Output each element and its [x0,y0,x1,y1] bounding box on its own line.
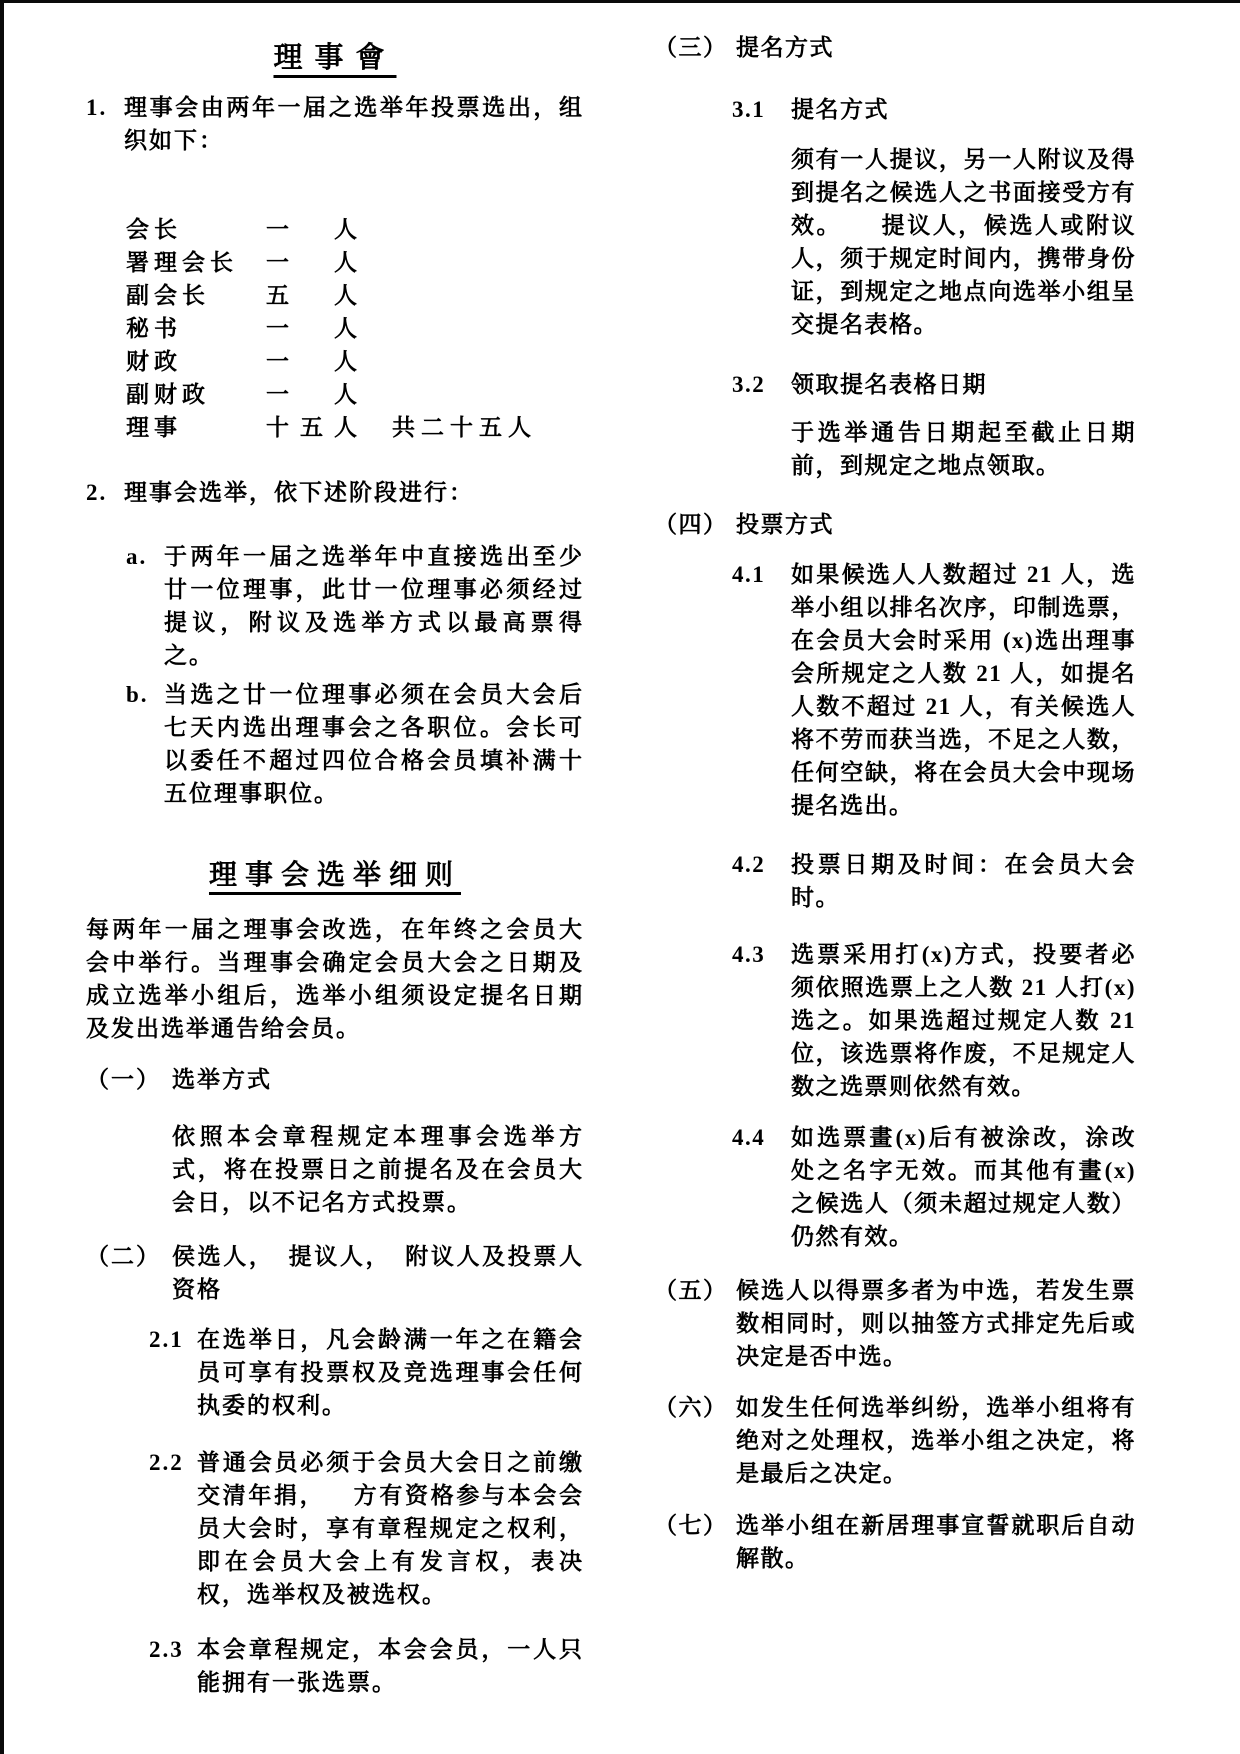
section-6-text: 如发生任何选举纠纷，选举小组将有绝对之处理权，选举小组之决定，将是最后之决定。 [736,1391,1136,1490]
section-4-title: 投票方式 [736,508,1136,541]
clause-2-2-number: 2.2 [149,1446,197,1479]
clause-4-1: 4.1 如果候选人人数超过 21 人，选举小组以排名次序，印制选票，在会员大会时… [732,558,1136,822]
officer-count: 一人 [266,213,359,246]
section-3-title: 提名方式 [736,31,1136,64]
clause-4-3-number: 4.3 [732,938,791,971]
clause-4-2: 4.2 投票日期及时间：在会员大会时。 [732,848,1136,914]
officer-count: 十五人 [266,411,359,444]
numbered-item-1: 1. 理事会由两年一届之选举年投票选出，组织如下： [86,91,584,157]
section-1-marker: （一） [86,1063,172,1096]
officer-row: 署理会长 一人 [126,246,584,279]
stage-b: b. 当选之廿一位理事必须在会员大会后七天内选出理事会之各职位。会长可以委任不超… [126,678,584,810]
section-2-header: （二） 侯选人， 提议人， 附议人及投票人资格 [86,1240,584,1306]
section-3-header: （三） 提名方式 [654,31,1136,64]
officer-count: 五人 [266,279,359,312]
section-1-body: 依照本会章程规定本理事会选举方式，将在投票日之前提名及在会员大会日，以不记名方式… [172,1120,584,1219]
officer-row: 会长 一人 [126,213,584,246]
item-2-text: 理事会选举，依下述阶段进行： [124,476,584,509]
section-2-marker: （二） [86,1240,172,1273]
left-column: 理事會 1. 理事会由两年一届之选举年投票选出，组织如下： 会长 一人 署理会长… [86,33,584,1699]
clause-2-1: 2.1 在选举日，凡会龄满一年之在籍会员可享有投票权及竞选理事会任何执委的权利。 [149,1323,584,1422]
clause-4-3: 4.3 选票采用打(x)方式，投要者必须依照选票上之人数 21 人打(x)选之。… [732,938,1136,1103]
section-6: （六） 如发生任何选举纠纷，选举小组将有绝对之处理权，选举小组之决定，将是最后之… [654,1391,1136,1490]
clause-4-1-text: 如果候选人人数超过 21 人，选举小组以排名次序，印制选票，在会员大会时采用 (… [791,558,1136,822]
clause-2-3: 2.3 本会章程规定，本会会员，一人只能拥有一张选票。 [149,1633,584,1699]
clause-2-1-text: 在选举日，凡会龄满一年之在籍会员可享有投票权及竞选理事会任何执委的权利。 [197,1323,584,1422]
clause-2-2: 2.2 普通会员必须于会员大会日之前缴交清年捐， 方有资格参与本会会员大会时，享… [149,1446,584,1611]
section-7: （七） 选举小组在新居理事宣誓就职后自动解散。 [654,1509,1136,1575]
officer-count: 一人 [266,345,359,378]
election-rules-title: 理事会选举细则 [86,853,584,898]
officer-position: 副会长 [126,279,266,312]
officer-row: 财政 一人 [126,345,584,378]
officer-count: 一人 [266,312,359,345]
section-1-title: 选举方式 [172,1063,584,1096]
stage-b-marker: b. [126,678,164,711]
item-2-marker: 2. [86,476,124,509]
section-5-text: 候选人以得票多者为中选，若发生票数相同时，则以抽签方式排定先后或决定是否中选。 [736,1274,1136,1373]
item-1-marker: 1. [86,91,124,124]
officer-row: 秘书 一人 [126,312,584,345]
clause-3-1-body: 须有一人提议，另一人附议及得到提名之候选人之书面接受方有效。 提议人，候选人或附… [791,143,1136,341]
officer-count: 一人 [266,246,359,279]
clause-3-1-number: 3.1 [732,93,791,126]
clause-3-2-header: 3.2 领取提名表格日期 [732,368,1136,401]
section-4-marker: （四） [654,508,736,541]
officer-row: 副会长 五人 [126,279,584,312]
stage-b-text: 当选之廿一位理事必须在会员大会后七天内选出理事会之各职位。会长可以委任不超过四位… [164,678,584,810]
officer-row: 理事 十五人 共二十五人 [126,411,584,444]
document-page: 理事會 1. 理事会由两年一届之选举年投票选出，组织如下： 会长 一人 署理会长… [0,0,1240,1754]
section-1-header: （一） 选举方式 [86,1063,584,1096]
section-3-marker: （三） [654,31,736,64]
section-6-marker: （六） [654,1391,736,1424]
officer-position: 秘书 [126,312,266,345]
officer-table: 会长 一人 署理会长 一人 副会长 五人 秘书 一人 财政 一人 [126,213,584,444]
numbered-item-2: 2. 理事会选举，依下述阶段进行： [86,476,584,509]
election-rules-intro: 每两年一届之理事会改选，在年终之会员大会中举行。当理事会确定会员大会之日期及成立… [86,913,584,1045]
clause-4-1-number: 4.1 [732,558,791,591]
clause-4-4-number: 4.4 [732,1121,791,1154]
clause-3-2-body: 于选举通告日期起至截止日期前，到规定之地点领取。 [791,416,1136,482]
board-title: 理事會 [86,33,584,83]
stage-a-text: 于两年一届之选举年中直接选出至少廿一位理事，此廿一位理事必须经过提议，附议及选举… [164,540,584,672]
section-7-marker: （七） [654,1509,736,1542]
clause-2-1-number: 2.1 [149,1323,197,1356]
officer-position: 会长 [126,213,266,246]
officer-position: 副财政 [126,378,266,411]
clause-4-4-text: 如选票畫(x)后有被涂改，涂改处之名字无效。而其他有畫(x)之候选人（须未超过规… [791,1121,1136,1253]
item-1-text: 理事会由两年一届之选举年投票选出，组织如下： [124,91,584,157]
section-2-title: 侯选人， 提议人， 附议人及投票人资格 [172,1240,584,1306]
section-7-text: 选举小组在新居理事宣誓就职后自动解散。 [736,1509,1136,1575]
clause-4-2-text: 投票日期及时间：在会员大会时。 [791,848,1136,914]
officer-position: 署理会长 [126,246,266,279]
officer-position: 财政 [126,345,266,378]
clause-3-1-title: 提名方式 [791,93,1136,126]
clause-4-3-text: 选票采用打(x)方式，投要者必须依照选票上之人数 21 人打(x)选之。如果选超… [791,938,1136,1103]
section-5: （五） 候选人以得票多者为中选，若发生票数相同时，则以抽签方式排定先后或决定是否… [654,1274,1136,1373]
officer-position: 理事 [126,411,266,444]
officer-count: 一人 [266,378,359,411]
section-4-header: （四） 投票方式 [654,508,1136,541]
clause-2-3-number: 2.3 [149,1633,197,1666]
section-5-marker: （五） [654,1274,736,1307]
right-column: （三） 提名方式 3.1 提名方式 须有一人提议，另一人附议及得到提名之候选人之… [654,31,1136,1575]
clause-2-3-text: 本会章程规定，本会会员，一人只能拥有一张选票。 [197,1633,584,1699]
clause-2-2-text: 普通会员必须于会员大会日之前缴交清年捐， 方有资格参与本会会员大会时，享有章程规… [197,1446,584,1611]
clause-4-4: 4.4 如选票畫(x)后有被涂改，涂改处之名字无效。而其他有畫(x)之候选人（须… [732,1121,1136,1253]
officer-row: 副财政 一人 [126,378,584,411]
stage-a-marker: a. [126,540,164,573]
clause-3-1-header: 3.1 提名方式 [732,93,1136,126]
officer-total: 共二十五人 [392,411,537,444]
clause-4-2-number: 4.2 [732,848,791,881]
stage-a: a. 于两年一届之选举年中直接选出至少廿一位理事，此廿一位理事必须经过提议，附议… [126,540,584,672]
clause-3-2-title: 领取提名表格日期 [791,368,1136,401]
clause-3-2-number: 3.2 [732,368,791,401]
